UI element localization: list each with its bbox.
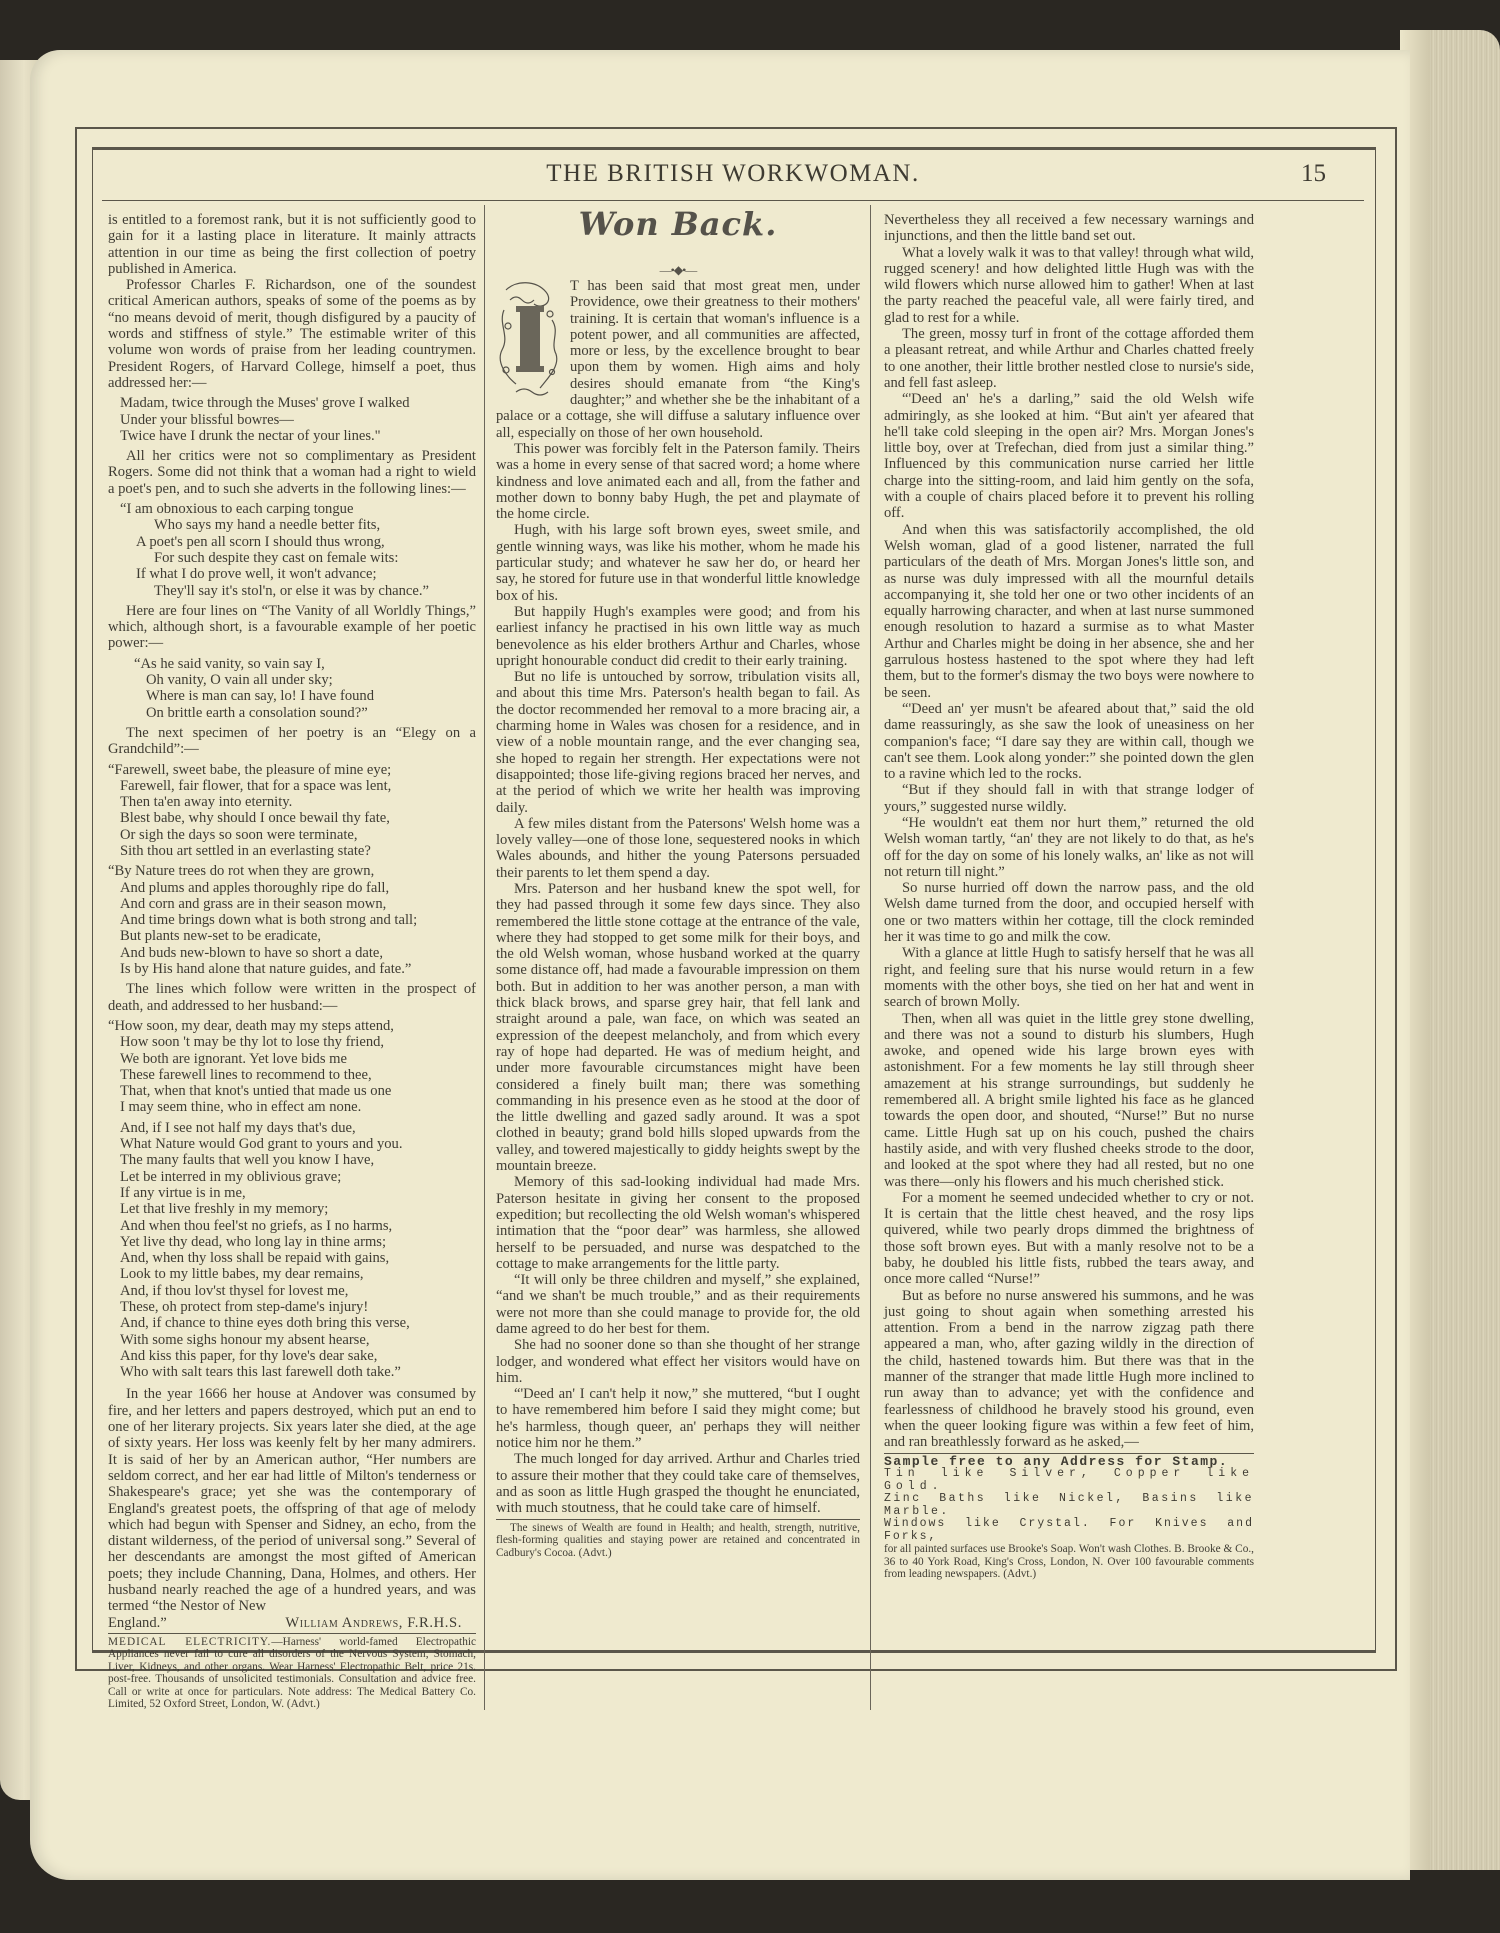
title-ornament: —•◆•—	[496, 262, 860, 278]
verse-line: Twice have I drunk the nectar of your li…	[120, 428, 476, 444]
advert-body: for all painted surfaces use Brooke's So…	[884, 1543, 1254, 1581]
verse-line: “I am obnoxious to each carping tongue	[108, 501, 476, 517]
verse-line: And time brings down what is both strong…	[108, 912, 476, 928]
paragraph: A few miles distant from the Patersons' …	[496, 816, 860, 881]
verse-line: That, when that knot's untied that made …	[108, 1083, 476, 1099]
verse-husband-1: “How soon, my dear, death may my steps a…	[108, 1018, 476, 1116]
author-signature: William Andrews, F.R.H.S.	[285, 1615, 476, 1631]
verse-line: What Nature would God grant to yours and…	[120, 1136, 476, 1152]
verse-vanity: “As he said vanity, so vain say I, Oh va…	[108, 656, 476, 721]
verse-line: Who says my hand a needle better fits,	[108, 517, 476, 533]
verse-line: Under your blissful bowres—	[120, 412, 476, 428]
verse-line: Let be interred in my oblivious grave;	[120, 1169, 476, 1185]
paragraph: “It will only be three children and myse…	[496, 1272, 860, 1337]
verse-line: Look to my little babes, my dear remains…	[120, 1266, 476, 1282]
paragraph: “'Deed an' yer musn't be afeared about t…	[884, 701, 1254, 782]
verse-line: And, if thou lov'st thysel for lovest me…	[120, 1283, 476, 1299]
advert-line: Tin like Silver, Copper like Gold.	[884, 1468, 1254, 1493]
verse-line: And, if I see not half my days that's du…	[120, 1120, 476, 1136]
paragraph: Nevertheless they all received a few nec…	[884, 212, 1254, 245]
paragraph: The much longed for day arrived. Arthur …	[496, 1451, 860, 1516]
verse-line: These, oh protect from step-dame's injur…	[120, 1299, 476, 1315]
header-rule	[102, 200, 1364, 201]
publication-title: THE BRITISH WORKWOMAN.	[546, 160, 920, 187]
verse-line: “Farewell, sweet babe, the pleasure of m…	[108, 762, 476, 778]
verse-line: Who with salt tears this last farewell d…	[120, 1364, 476, 1380]
verse-line: Yet live thy dead, who long lay in thine…	[120, 1234, 476, 1250]
paragraph: What a lovely walk it was to that valley…	[884, 245, 1254, 326]
ornamental-dropcap-icon	[496, 280, 562, 398]
advert-cadbury-cocoa: The sinews of Wealth are found in Health…	[496, 1519, 860, 1560]
verse-line: They'll say it's stol'n, or else it was …	[108, 583, 476, 599]
verse-husband-2: And, if I see not half my days that's du…	[108, 1120, 476, 1381]
verse-line: Blest babe, why should I once bewail thy…	[108, 810, 476, 826]
verse-line: Sith thou art settled in an everlasting …	[108, 843, 476, 859]
story-opening: T has been said that most great men, und…	[496, 278, 860, 441]
masthead: THE BRITISH WORKWOMAN. 15	[92, 160, 1374, 196]
verse-line: Where is man can say, lo! I have found	[134, 688, 476, 704]
verse-line: I may seem thine, who in effect am none.	[108, 1099, 476, 1115]
book-page-edges	[1400, 30, 1500, 1870]
story-title: Won Back.	[496, 216, 860, 260]
verse-line: And when thou feel'st no griefs, as I no…	[120, 1218, 476, 1234]
paragraph: “He wouldn't eat them nor hurt them,” re…	[884, 815, 1254, 880]
paragraph: Then, when all was quiet in the little g…	[884, 1011, 1254, 1190]
column-divider-1	[484, 205, 485, 1710]
verse-elegy-1: “Farewell, sweet babe, the pleasure of m…	[108, 762, 476, 860]
verse-line: Then ta'en away into eternity.	[108, 794, 476, 810]
paragraph: For a moment he seemed undecided whether…	[884, 1190, 1254, 1288]
verse-line: And buds new-blown to have so short a da…	[108, 945, 476, 961]
verse-line: On brittle earth a consolation sound?”	[134, 705, 476, 721]
verse-line: And plums and apples thoroughly ripe do …	[108, 880, 476, 896]
verse-line: And kiss this paper, for thy love's dear…	[120, 1348, 476, 1364]
verse-line: With some sighs honour my absent hearse,	[120, 1332, 476, 1348]
paragraph: is entitled to a foremost rank, but it i…	[108, 212, 476, 277]
verse-line: If any virtue is in me,	[120, 1185, 476, 1201]
column-divider-2	[870, 205, 871, 1710]
advert-line: Windows like Crystal. For Knives and For…	[884, 1518, 1254, 1543]
verse-line: And corn and grass are in their season m…	[108, 896, 476, 912]
paragraph-end: England.”	[108, 1615, 167, 1631]
paragraph: But happily Hugh's examples were good; a…	[496, 604, 860, 669]
verse-line: The many faults that well you know I hav…	[120, 1152, 476, 1168]
verse-line: Or sigh the days so soon were terminate,	[108, 827, 476, 843]
paragraph: Professor Charles F. Richardson, one of …	[108, 277, 476, 391]
paragraph: And when this was satisfactorily accompl…	[884, 522, 1254, 701]
paragraph: Mrs. Paterson and her husband knew the s…	[496, 881, 860, 1174]
advert-brookes-soap: Sample free to any Address for Stamp. Ti…	[884, 1453, 1254, 1581]
verse-line: “How soon, my dear, death may my steps a…	[108, 1018, 476, 1034]
paragraph: The lines which follow were written in t…	[108, 981, 476, 1014]
verse-line: Is by His hand alone that nature guides,…	[108, 961, 476, 977]
verse-line: Farewell, fair flower, that for a space …	[108, 778, 476, 794]
paragraph: The green, mossy turf in front of the co…	[884, 326, 1254, 391]
paragraph: So nurse hurried off down the narrow pas…	[884, 880, 1254, 945]
advert-headline: MEDICAL ELECTRICITY.	[108, 1636, 271, 1648]
verse-line: And, when thy loss shall be repaid with …	[120, 1250, 476, 1266]
verse-line: Oh vanity, O vain all under sky;	[134, 672, 476, 688]
verse-line: And, if chance to thine eyes doth bring …	[120, 1315, 476, 1331]
verse-line: A poet's pen all scorn I should thus wro…	[108, 534, 476, 550]
column-3-story-continued: Nevertheless they all received a few nec…	[884, 212, 1254, 1712]
verse-line: We both are ignorant. Yet love bids me	[108, 1051, 476, 1067]
paragraph: “But if they should fall in with that st…	[884, 782, 1254, 815]
column-1-article-continuation: is entitled to a foremost rank, but it i…	[108, 212, 476, 1712]
paragraph: Memory of this sad-looking individual ha…	[496, 1174, 860, 1272]
paragraph: “'Deed an' he's a darling,” said the old…	[884, 391, 1254, 521]
paragraph: With a glance at little Hugh to satisfy …	[884, 945, 1254, 1010]
paragraph: Hugh, with his large soft brown eyes, sw…	[496, 522, 860, 603]
column-2-story: Won Back. —•◆•— T has been said that mos…	[496, 212, 860, 1712]
verse-line: “By Nature trees do rot when they are gr…	[108, 863, 476, 879]
paragraph: Here are four lines on “The Vanity of al…	[108, 603, 476, 652]
verse-line: For such despite they cast on female wit…	[108, 550, 476, 566]
advert-medical-electricity: MEDICAL ELECTRICITY.—Harness' world-fame…	[108, 1633, 476, 1711]
paragraph: But as before no nurse answered his summ…	[884, 1288, 1254, 1451]
paragraph: This power was forcibly felt in the Pate…	[496, 441, 860, 522]
paragraph: She had no sooner done so than she thoug…	[496, 1337, 860, 1386]
verse-line: If what I do prove well, it won't advanc…	[108, 566, 476, 582]
verse-rogers: Madam, twice through the Muses' grove I …	[108, 395, 476, 444]
verse-line: How soon 't may be thy lot to lose thy f…	[108, 1034, 476, 1050]
verse-obnoxious: “I am obnoxious to each carping tongue W…	[108, 501, 476, 599]
verse-elegy-2: “By Nature trees do rot when they are gr…	[108, 863, 476, 977]
paragraph: In the year 1666 her house at Andover wa…	[108, 1386, 476, 1614]
paragraph: The next specimen of her poetry is an “E…	[108, 725, 476, 758]
paragraph: “'Deed an' I can't help it now,” she mut…	[496, 1386, 860, 1451]
verse-line: These farewell lines to recommend to the…	[108, 1067, 476, 1083]
advert-line: Zinc Baths like Nickel, Basins like Marb…	[884, 1493, 1254, 1518]
verse-line: Let that live freshly in my memory;	[120, 1201, 476, 1217]
signature-line: England.” William Andrews, F.R.H.S.	[108, 1615, 476, 1631]
verse-line: But plants new-set to be eradicate,	[108, 928, 476, 944]
page-number: 15	[1301, 160, 1326, 188]
paragraph: But no life is untouched by sorrow, trib…	[496, 669, 860, 816]
verse-line: “As he said vanity, so vain say I,	[134, 656, 476, 672]
paragraph: All her critics were not so complimentar…	[108, 448, 476, 497]
verse-line: Madam, twice through the Muses' grove I …	[120, 395, 476, 411]
